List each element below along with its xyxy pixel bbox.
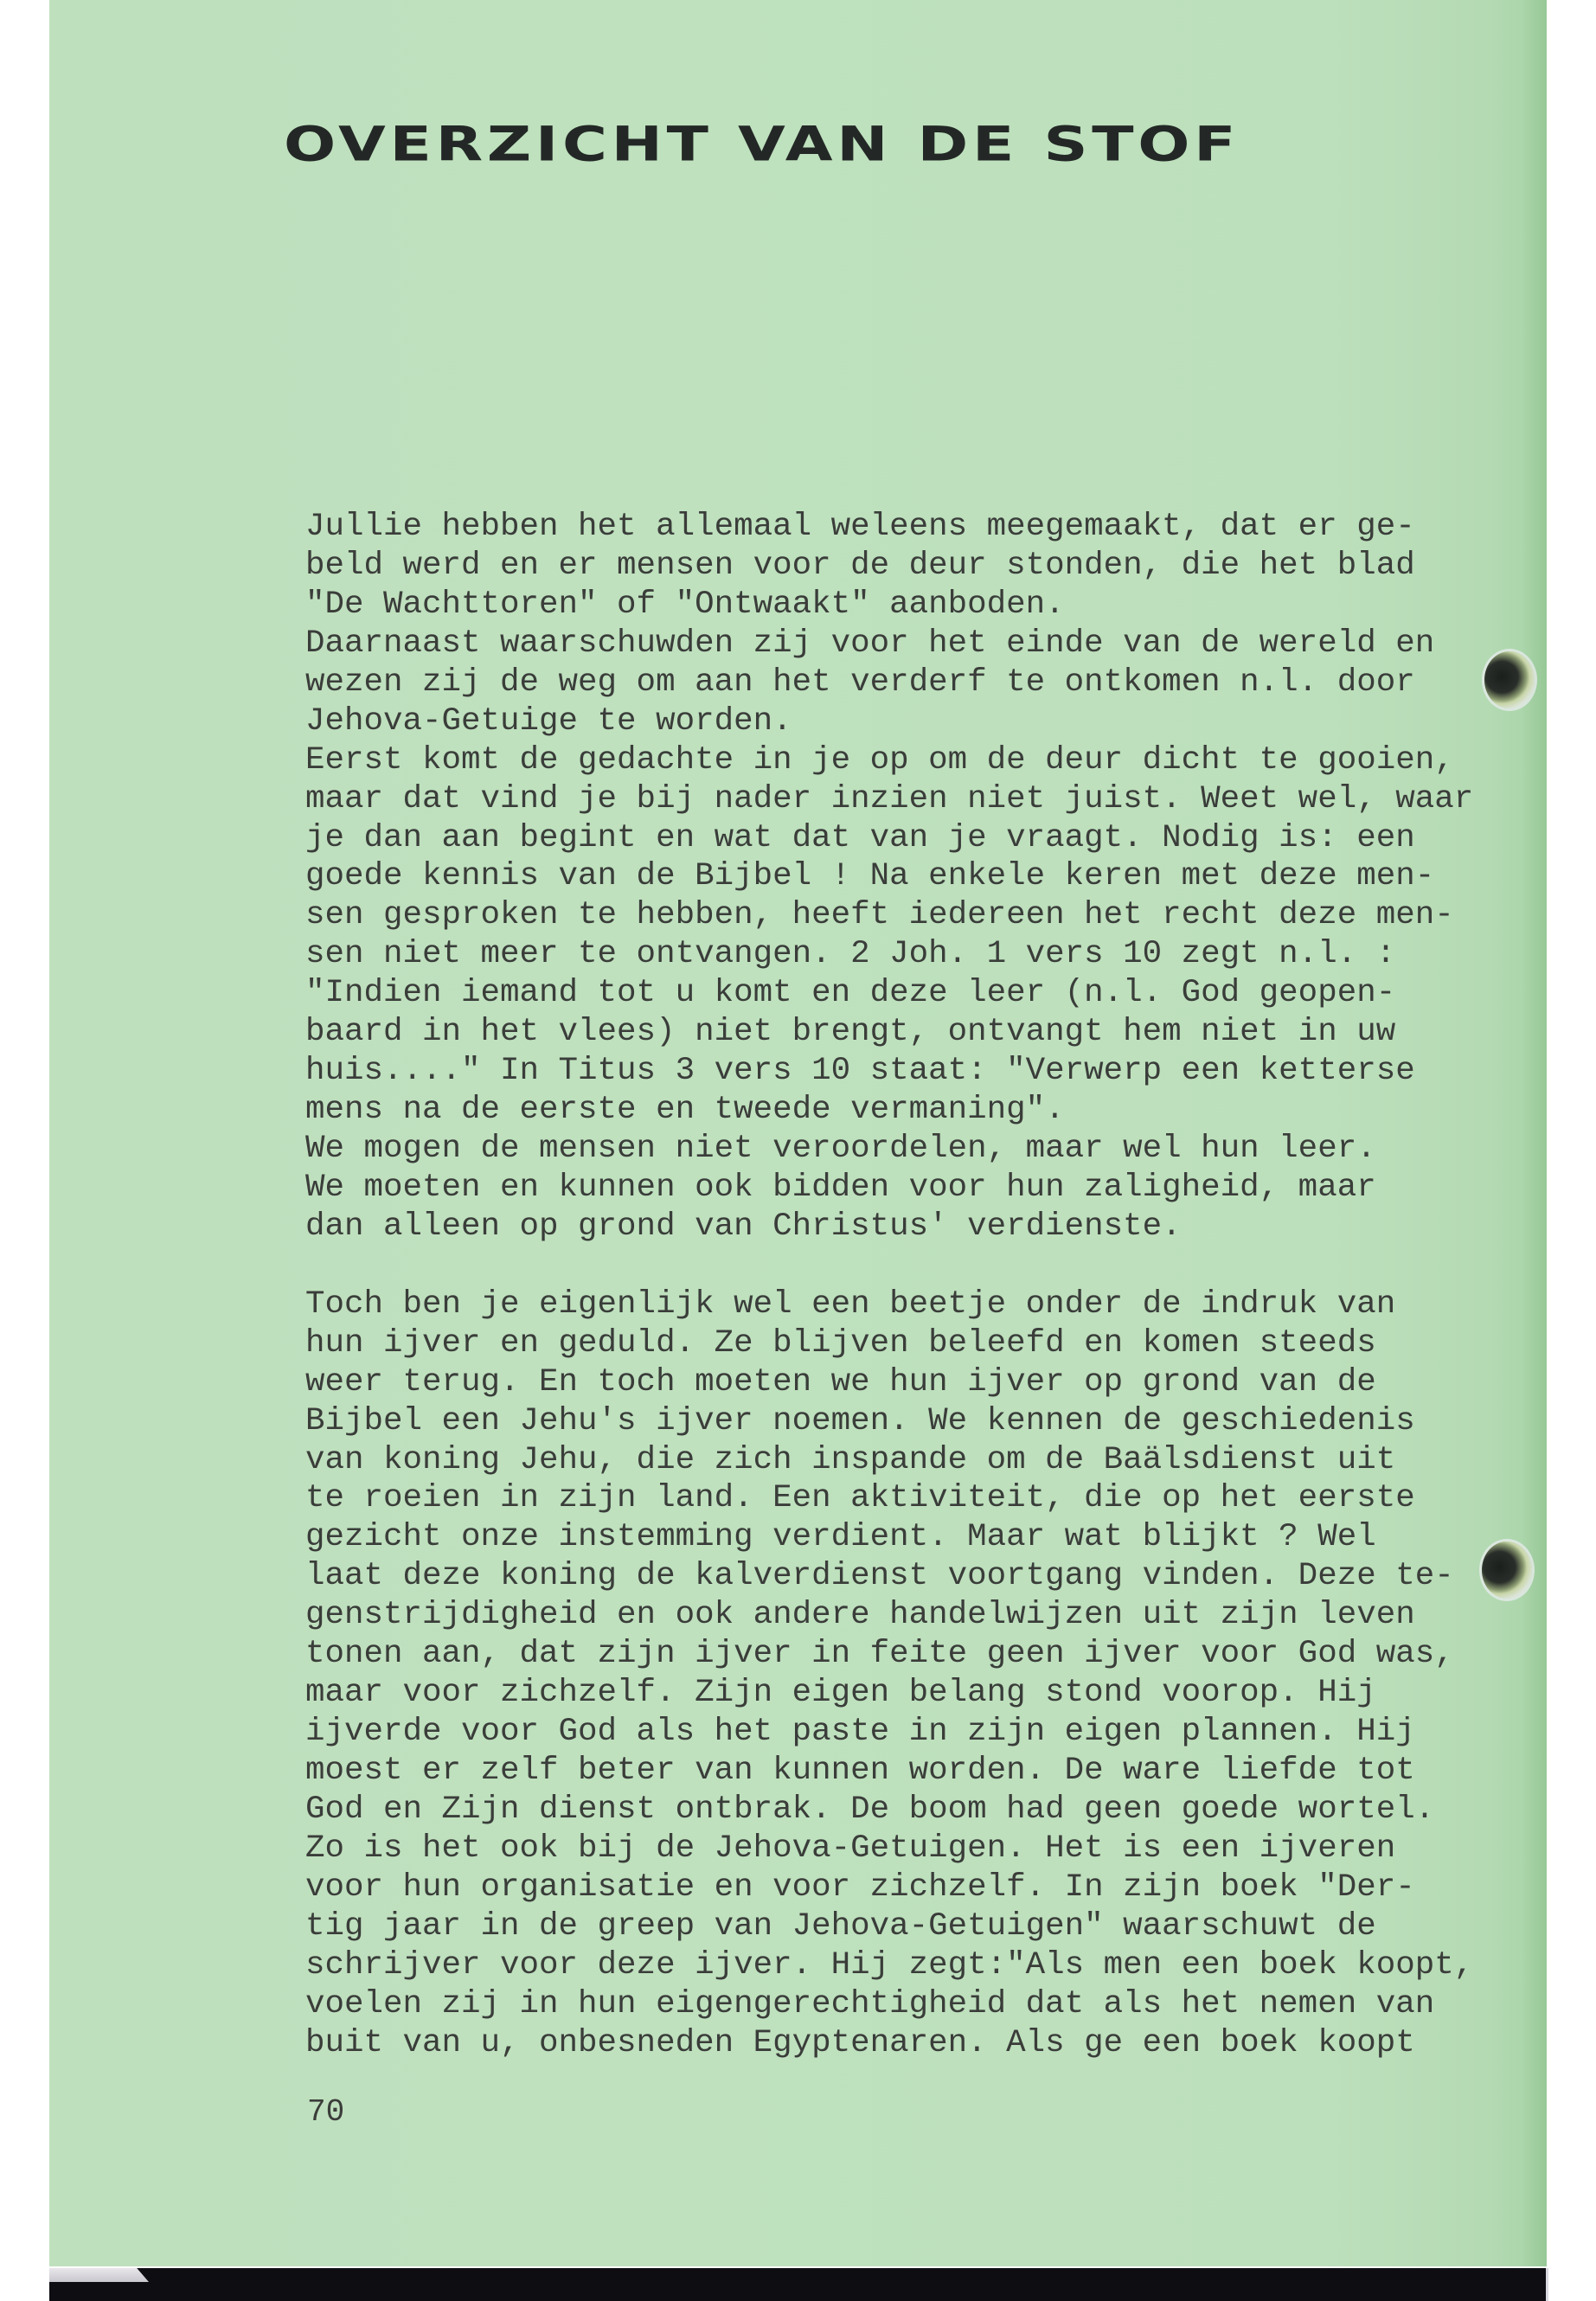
text-line: We moeten en kunnen ook bidden voor hun …	[305, 1169, 1473, 1208]
text-line: mens na de eerste en tweede vermaning".	[305, 1091, 1473, 1130]
text-line: hun ijver en geduld. Ze blijven beleefd …	[305, 1324, 1473, 1363]
text-line: wezen zij de weg om aan het verderf te o…	[305, 663, 1473, 702]
text-line: weer terug. En toch moeten we hun ijver …	[305, 1363, 1473, 1402]
text-line: ijverde voor God als het paste in zijn e…	[305, 1713, 1473, 1752]
text-line: "Indien iemand tot u komt en deze leer (…	[305, 974, 1473, 1013]
text-line: genstrijdigheid en ook andere handelwijz…	[305, 1596, 1473, 1635]
text-line: je dan aan begint en wat dat van je vraa…	[305, 819, 1473, 858]
text-line: Zo is het ook bij de Jehova-Getuigen. He…	[305, 1830, 1473, 1868]
text-line: God en Zijn dienst ontbrak. De boom had …	[305, 1791, 1473, 1830]
text-line: laat deze koning de kalverdienst voortga…	[305, 1557, 1473, 1596]
text-line: te roeien in zijn land. Een aktiviteit, …	[305, 1479, 1473, 1518]
page-title: OVERZICHT VAN DE STOF	[284, 117, 1570, 172]
text-line: Jullie hebben het allemaal weleens meege…	[305, 508, 1473, 547]
text-line: Daarnaast waarschuwden zij voor het eind…	[305, 625, 1473, 663]
page-underlay-corner	[49, 2268, 149, 2282]
text-line: We mogen de mensen niet veroordelen, maa…	[305, 1130, 1473, 1169]
text-line: "De Wachttoren" of "Ontwaakt" aanboden.	[305, 586, 1473, 625]
text-line: maar dat vind je bij nader inzien niet j…	[305, 780, 1473, 819]
text-line: moest er zelf beter van kunnen worden. D…	[305, 1752, 1473, 1791]
text-line: Jehova-Getuige te worden.	[305, 702, 1473, 741]
text-line: Bijbel een Jehu's ijver noemen. We kenne…	[305, 1402, 1473, 1441]
text-line: sen gesproken te hebben, heeft iedereen …	[305, 896, 1473, 935]
text-line: voor hun organisatie en voor zichzelf. I…	[305, 1868, 1473, 1907]
page-number: 70	[307, 2093, 344, 2131]
body-text: Jullie hebben het allemaal weleens meege…	[305, 508, 1473, 2063]
text-line: goede kennis van de Bijbel ! Na enkele k…	[305, 857, 1473, 896]
text-line: Eerst komt de gedachte in je op om de de…	[305, 741, 1473, 780]
text-line: tonen aan, dat zijn ijver in feite geen …	[305, 1635, 1473, 1674]
page-gap-line	[1546, 2268, 1548, 2301]
text-line: gezicht onze instemming verdient. Maar w…	[305, 1518, 1473, 1557]
text-line: maar voor zichzelf. Zijn eigen belang st…	[305, 1674, 1473, 1713]
text-line: sen niet meer te ontvangen. 2 Joh. 1 ver…	[305, 935, 1473, 974]
page-bottom-edge-shadow	[49, 2268, 1547, 2301]
text-line: van koning Jehu, die zich inspande om de…	[305, 1441, 1473, 1480]
text-line: Toch ben je eigenlijk wel een beetje ond…	[305, 1285, 1473, 1324]
text-line: baard in het vlees) niet brengt, ontvang…	[305, 1013, 1473, 1052]
text-line: tig jaar in de greep van Jehova-Getuigen…	[305, 1907, 1473, 1946]
text-line: beld werd en er mensen voor de deur ston…	[305, 547, 1473, 586]
text-line: buit van u, onbesneden Egyptenaren. Als …	[305, 2024, 1473, 2063]
text-line	[305, 1247, 1473, 1285]
text-line: schrijver voor deze ijver. Hij zegt:"Als…	[305, 1946, 1473, 1985]
text-line: huis...." In Titus 3 vers 10 staat: "Ver…	[305, 1052, 1473, 1091]
punch-hole-icon	[1482, 1541, 1532, 1599]
text-line: dan alleen op grond van Christus' verdie…	[305, 1208, 1473, 1247]
punch-hole-icon	[1484, 651, 1535, 708]
text-line: voelen zij in hun eigengerechtigheid dat…	[305, 1985, 1473, 2024]
